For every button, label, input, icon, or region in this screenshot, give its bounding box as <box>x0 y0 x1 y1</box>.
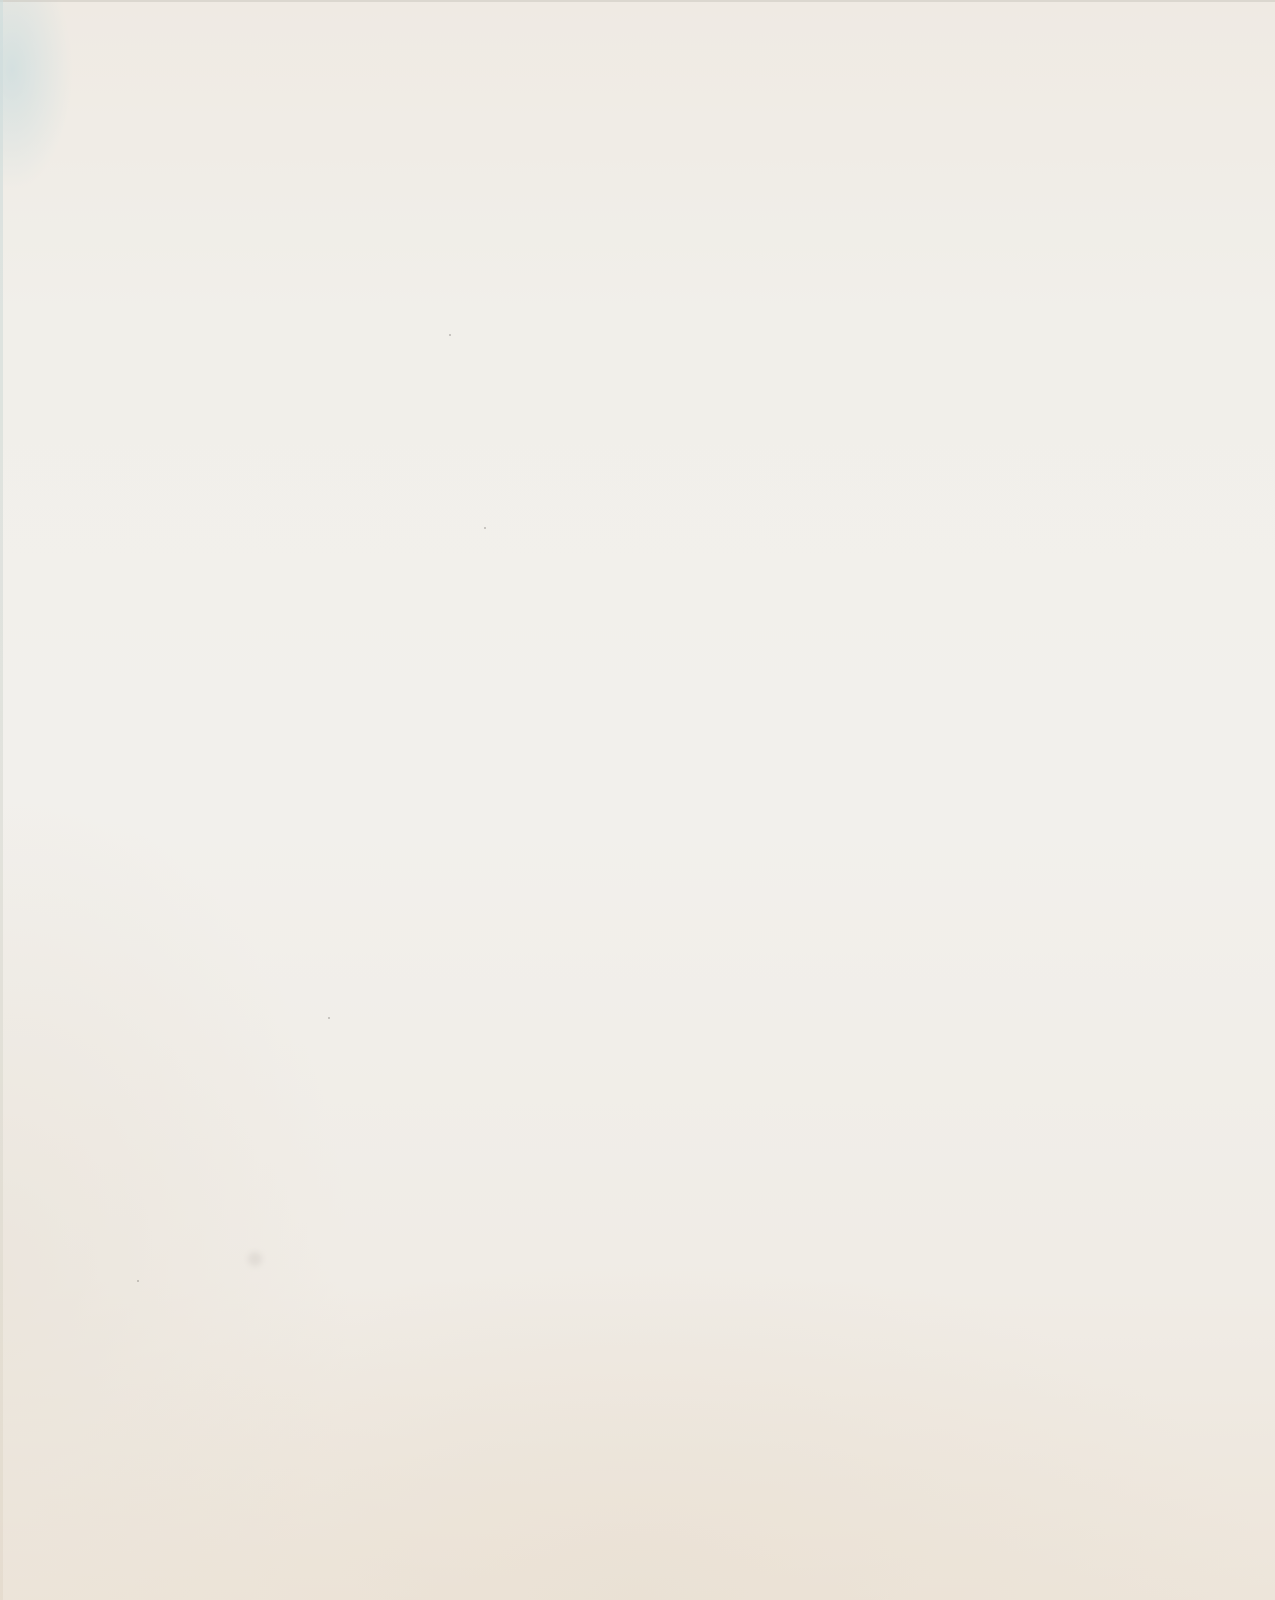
page-top-edge <box>0 0 1275 2</box>
dust-speck <box>137 1280 139 1282</box>
dust-speck <box>328 1017 330 1019</box>
dust-speck <box>484 527 486 529</box>
paper-smudge <box>248 1252 262 1266</box>
blank-page <box>0 0 1275 1600</box>
dust-speck <box>449 334 451 336</box>
page-left-edge <box>0 0 3 1600</box>
